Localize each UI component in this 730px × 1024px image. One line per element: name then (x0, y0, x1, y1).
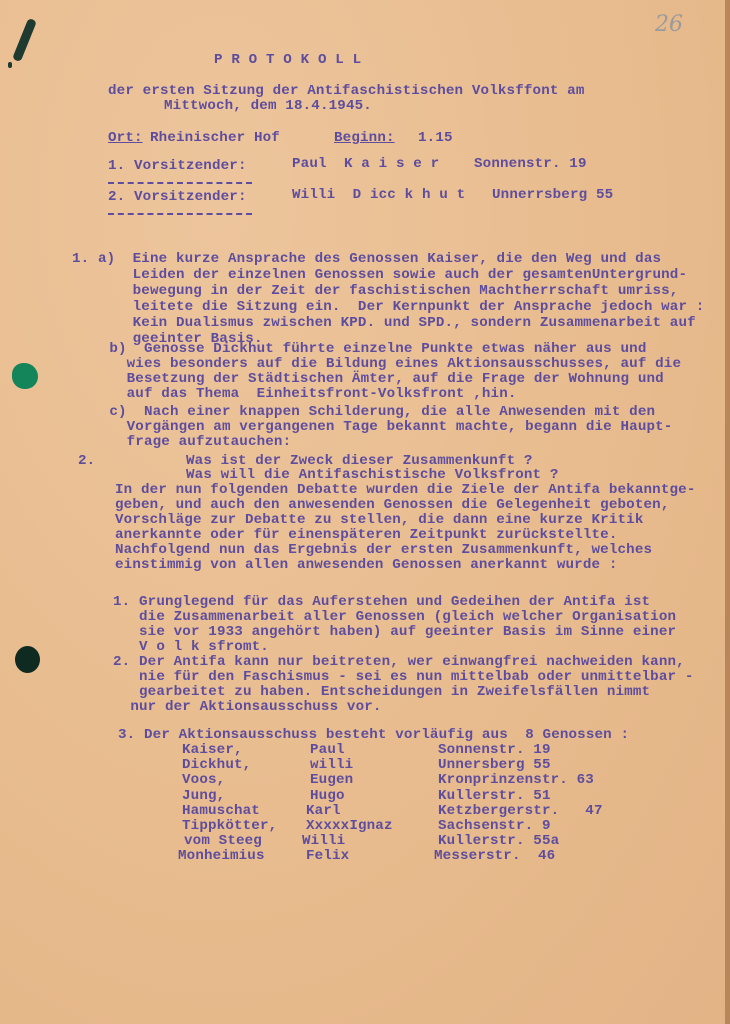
paragraph-line: frage aufzutauchen: (66, 435, 291, 450)
member-surname: Tippkötter, (182, 819, 277, 834)
resolution-3-intro: 3. Der Aktionsausschuss besteht vorläufi… (118, 728, 629, 743)
paragraph-line: auf das Thema Einheitsfront-Volksfront ,… (66, 387, 517, 402)
document-title: P R O T O K O L L (214, 53, 361, 68)
chair2-label: 2. Vorsitzender: (108, 190, 247, 205)
subtitle-line-2: Mittwoch, dem 18.4.1945. (164, 99, 372, 114)
member-firstname: Karl (306, 804, 341, 819)
resolution-line: gearbeitet zu haben. Entscheidungen in Z… (113, 685, 650, 700)
member-firstname: Paul (310, 743, 345, 758)
resolution-line: sie vor 1933 angehört haben) auf geeinte… (113, 625, 676, 640)
member-surname: Voos, (182, 773, 225, 788)
member-address: Kullerstr. 51 (438, 789, 551, 804)
subtitle-line-1: der ersten Sitzung der Antifaschistische… (108, 84, 585, 99)
paragraph-line: wies besonders auf die Bildung eines Akt… (66, 357, 681, 372)
dark-ink-blot (15, 646, 40, 673)
member-firstname: willi (310, 758, 353, 773)
paragraph-line: Vorschläge zur Debatte zu stellen, die d… (115, 513, 644, 528)
member-surname: Hamuschat (182, 804, 260, 819)
chair1-name: Paul K a i s e r (292, 157, 439, 172)
paragraph-line: In der nun folgenden Debatte wurden die … (115, 483, 695, 498)
ort-label: Ort: (108, 131, 143, 146)
paragraph-line: Vorgängen am vergangenen Tage bekannt ma… (66, 420, 672, 435)
resolution-line: nie für den Faschismus - sei es nun mitt… (113, 670, 693, 685)
underline-dashes (108, 213, 252, 215)
member-surname: vom Steeg (184, 834, 262, 849)
ort-value: Rheinischer Hof (150, 131, 280, 146)
paragraph-line: Nachfolgend nun das Ergebnis der ersten … (115, 543, 652, 558)
resolution-line: nur der Aktionsausschuss vor. (113, 700, 382, 715)
paragraph-line: geben, und auch den anwesenden Genossen … (115, 498, 670, 513)
ink-mark (12, 18, 37, 62)
paragraph-line: einstimmig von allen anwesenden Genossen… (115, 558, 618, 573)
chair2-address: Unnerrsberg 55 (492, 188, 613, 203)
member-firstname: Willi (302, 834, 345, 849)
member-address: Unnersberg 55 (438, 758, 551, 773)
member-address: Sonnenstr. 19 (438, 743, 551, 758)
resolution-line: 2. Der Antifa kann nur beitreten, wer ei… (113, 655, 685, 670)
underline-dashes (108, 182, 252, 184)
member-surname: Monheimius (178, 849, 265, 864)
member-firstname: Hugo (310, 789, 345, 804)
paragraph-line: bewegung in der Zeit der faschistischen … (72, 284, 678, 299)
member-firstname: Eugen (310, 773, 353, 788)
member-address: Messerstr. 46 (434, 849, 555, 864)
chair2-name: Willi D icc k h u t (292, 188, 465, 203)
member-firstname: Felix (306, 849, 349, 864)
member-surname: Dickhut, (182, 758, 251, 773)
member-address: Ketzbergerstr. 47 (438, 804, 603, 819)
beginn-value: 1.15 (418, 131, 453, 146)
ink-dot (8, 62, 12, 68)
paragraph-line: Kein Dualismus zwischen KPD. und SPD., s… (72, 316, 696, 331)
paragraph-line: 1. a) Eine kurze Ansprache des Genossen … (72, 252, 661, 267)
page-edge (725, 0, 730, 1024)
section-number: 2. (78, 454, 95, 469)
document-page: 26 P R O T O K O L L der ersten Sitzung … (0, 0, 730, 1024)
paragraph-line: c) Nach einer knappen Schilderung, die a… (66, 405, 655, 420)
resolution-line: V o l k sfromt. (113, 640, 269, 655)
member-surname: Jung, (182, 789, 225, 804)
beginn-label: Beginn: (334, 131, 395, 146)
chair1-address: Sonnenstr. 19 (474, 157, 587, 172)
member-address: Kronprinzenstr. 63 (438, 773, 594, 788)
paragraph-line: Besetzung der Städtischen Ämter, auf die… (66, 372, 664, 387)
member-surname: Kaiser, (182, 743, 243, 758)
page-number: 26 (655, 12, 683, 37)
resolution-line: 1. Grunglegend für das Auferstehen und G… (113, 595, 650, 610)
member-address: Sachsenstr. 9 (438, 819, 551, 834)
paragraph-line: b) Genosse Dickhut führte einzelne Punkt… (66, 342, 646, 357)
member-firstname: XxxxxIgnaz (306, 819, 393, 834)
paragraph-line: leitete die Sitzung ein. Der Kernpunkt d… (72, 300, 704, 315)
question-2: Was will die Antifaschistische Volksfron… (186, 468, 559, 483)
green-ink-blot (12, 363, 38, 389)
paragraph-line: anerkannte oder für einenspäteren Zeitpu… (115, 528, 618, 543)
chair1-label: 1. Vorsitzender: (108, 159, 247, 174)
member-address: Kullerstr. 55a (438, 834, 559, 849)
resolution-line: die Zusammenarbeit aller Genossen (gleic… (113, 610, 676, 625)
paragraph-line: Leiden der einzelnen Genossen sowie auch… (72, 268, 687, 283)
